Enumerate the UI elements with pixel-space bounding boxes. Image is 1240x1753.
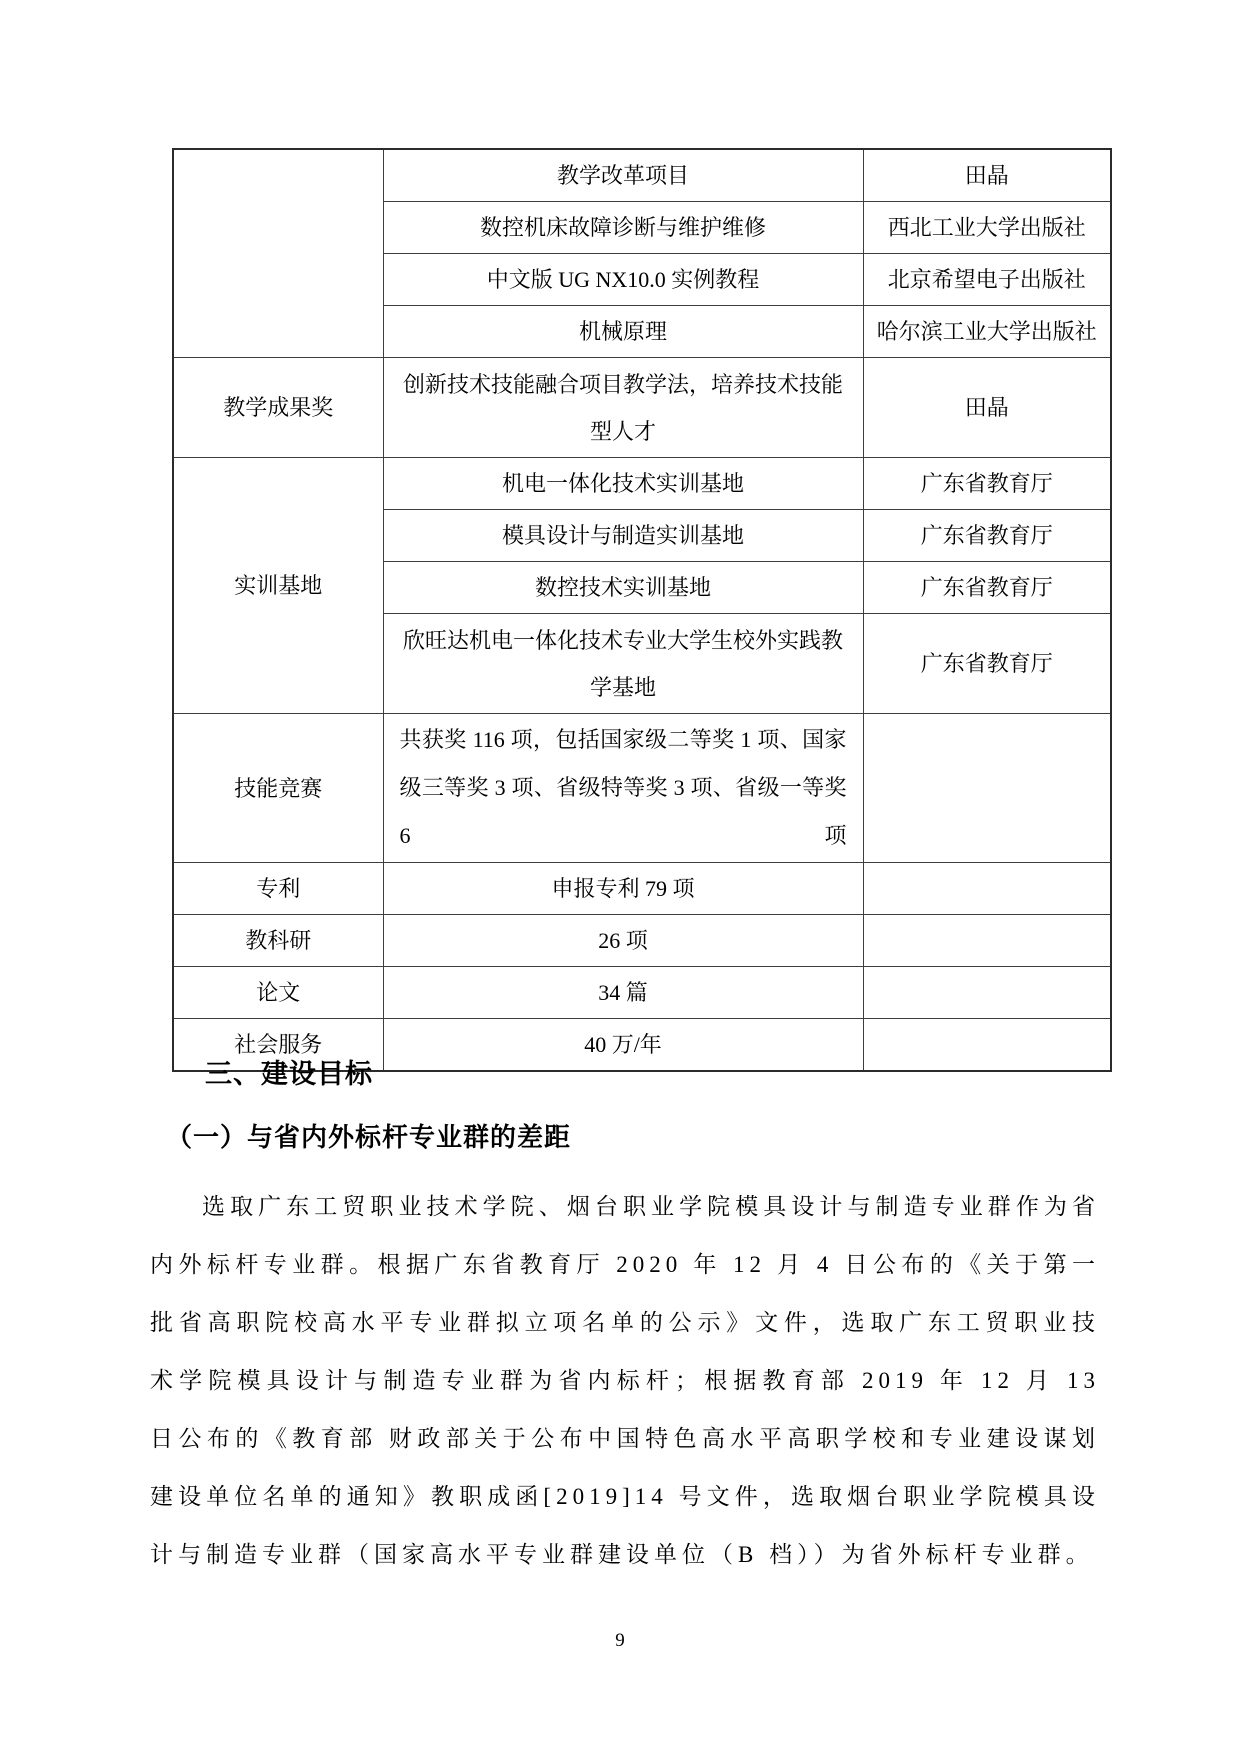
table-row: 技能竞赛 共获奖 116 项，包括国家级二等奖 1 项、国家级三等奖 3 项、省…	[173, 714, 1111, 863]
org-cell: 西北工业大学出版社	[863, 202, 1111, 254]
item-cell: 数控技术实训基地	[383, 562, 863, 614]
category-cell: 论文	[173, 967, 383, 1019]
item-cell: 机电一体化技术实训基地	[383, 458, 863, 510]
item-cell: 中文版 UG NX10.0 实例教程	[383, 254, 863, 306]
section-heading: 三、建设目标	[205, 1052, 373, 1091]
org-cell: 田晶	[863, 149, 1111, 202]
category-cell	[173, 149, 383, 358]
item-cell: 教学改革项目	[383, 149, 863, 202]
category-cell: 实训基地	[173, 458, 383, 714]
category-cell: 专利	[173, 863, 383, 915]
org-cell	[863, 915, 1111, 967]
org-cell: 北京希望电子出版社	[863, 254, 1111, 306]
table-row: 教学改革项目 田晶	[173, 149, 1111, 202]
body-paragraph: 选取广东工贸职业技术学院、烟台职业学院模具设计与制造专业群作为省内外标杆专业群。…	[150, 1178, 1100, 1584]
category-cell: 教科研	[173, 915, 383, 967]
category-cell: 技能竞赛	[173, 714, 383, 863]
org-cell: 哈尔滨工业大学出版社	[863, 306, 1111, 358]
item-cell: 26 项	[383, 915, 863, 967]
table-row: 专利 申报专利 79 项	[173, 863, 1111, 915]
item-cell: 机械原理	[383, 306, 863, 358]
item-cell: 欣旺达机电一体化技术专业大学生校外实践教学基地	[383, 614, 863, 714]
org-cell: 田晶	[863, 358, 1111, 458]
item-cell: 34 篇	[383, 967, 863, 1019]
achievements-table: 教学改革项目 田晶 数控机床故障诊断与维护维修 西北工业大学出版社 中文版 UG…	[172, 148, 1112, 1072]
org-cell	[863, 714, 1111, 863]
subsection-heading: （一）与省内外标杆专业群的差距	[166, 1117, 571, 1154]
table-row: 教科研 26 项	[173, 915, 1111, 967]
item-cell: 模具设计与制造实训基地	[383, 510, 863, 562]
item-cell: 申报专利 79 项	[383, 863, 863, 915]
item-cell: 40 万/年	[383, 1019, 863, 1072]
document-page: 教学改革项目 田晶 数控机床故障诊断与维护维修 西北工业大学出版社 中文版 UG…	[0, 0, 1240, 1753]
org-cell	[863, 1019, 1111, 1072]
table-row: 论文 34 篇	[173, 967, 1111, 1019]
item-cell: 共获奖 116 项，包括国家级二等奖 1 项、国家级三等奖 3 项、省级特等奖 …	[383, 714, 863, 863]
org-cell: 广东省教育厅	[863, 510, 1111, 562]
item-cell: 数控机床故障诊断与维护维修	[383, 202, 863, 254]
org-cell: 广东省教育厅	[863, 562, 1111, 614]
table-row: 实训基地 机电一体化技术实训基地 广东省教育厅	[173, 458, 1111, 510]
category-cell: 教学成果奖	[173, 358, 383, 458]
org-cell	[863, 967, 1111, 1019]
org-cell	[863, 863, 1111, 915]
org-cell: 广东省教育厅	[863, 458, 1111, 510]
table-row: 教学成果奖 创新技术技能融合项目教学法，培养技术技能型人才 田晶	[173, 358, 1111, 458]
page-number: 9	[0, 1630, 1240, 1652]
org-cell: 广东省教育厅	[863, 614, 1111, 714]
item-cell: 创新技术技能融合项目教学法，培养技术技能型人才	[383, 358, 863, 458]
